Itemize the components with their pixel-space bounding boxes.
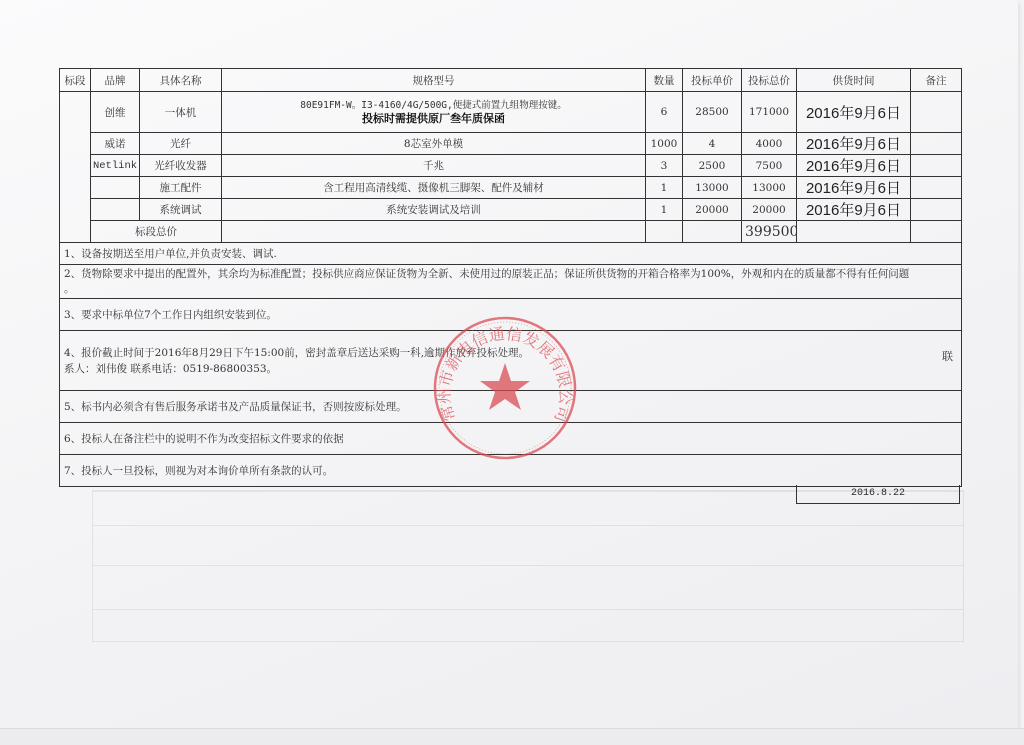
name-cell: 施工配件 <box>140 177 222 199</box>
note-row: 1、设备按期送至用户单位,并负责安装、调试. <box>60 243 962 265</box>
note-2: 2、货物除要求中提出的配置外，其余均为标准配置；投标供应商应保证货物为全新、未使… <box>60 265 962 299</box>
quantity-cell: 1000 <box>646 133 683 155</box>
name-cell: 光纤 <box>140 133 222 155</box>
table-header-row: 标段 品牌 具体名称 规格型号 数量 投标单价 投标总价 供货时间 备注 <box>60 69 962 92</box>
table-row: 威诺 光纤 8芯室外单模 1000 4 4000 2016年9月6日 <box>60 133 962 155</box>
brand-cell: 威诺 <box>91 133 140 155</box>
delivery-cell: 2016年9月6日 <box>797 199 911 221</box>
total-unit-empty <box>683 221 742 243</box>
table-row: 系统调试 系统安装调试及培训 1 20000 20000 2016年9月6日 <box>60 199 962 221</box>
unit-price-cell: 28500 <box>683 92 742 133</box>
total-row: 标段总价 399500 <box>60 221 962 243</box>
brand-cell <box>91 177 140 199</box>
spec-line-1: 80E91FM-W。I3-4160/4G/500G,便捷式前置九组物理按键。 <box>222 99 645 112</box>
total-remark-empty <box>911 221 962 243</box>
note-4-text: 4、报价截止时间于2016年8月29日下午15:00前，密封盖章后送达采购一科,… <box>64 345 961 361</box>
bid-table: 标段 品牌 具体名称 规格型号 数量 投标单价 投标总价 供货时间 备注 创维 … <box>59 68 962 487</box>
total-price-cell: 13000 <box>742 177 797 199</box>
header-quantity: 数量 <box>646 69 683 92</box>
note-2-continuation: 。 <box>64 282 961 297</box>
note-1: 1、设备按期送至用户单位,并负责安装、调试. <box>60 243 962 265</box>
note-3: 3、要求中标单位7个工作日内组织安装到位。 <box>60 299 962 331</box>
brand-cell: 创维 <box>91 92 140 133</box>
total-delivery-empty <box>797 221 911 243</box>
note-row: 6、投标人在备注栏中的说明不作为改变招标文件要求的依据 <box>60 423 962 455</box>
total-price-cell: 20000 <box>742 199 797 221</box>
header-unit-price: 投标单价 <box>683 69 742 92</box>
header-section: 标段 <box>60 69 91 92</box>
total-spec-empty <box>222 221 646 243</box>
header-delivery-time: 供货时间 <box>797 69 911 92</box>
section-cell <box>60 92 91 243</box>
total-value: 399500 <box>742 221 797 243</box>
total-label: 标段总价 <box>91 221 222 243</box>
note-4-contact: 系人：刘伟俊 联系电话：0519-86800353。 <box>64 361 961 377</box>
header-total-price: 投标总价 <box>742 69 797 92</box>
unit-price-cell: 4 <box>683 133 742 155</box>
name-cell: 系统调试 <box>140 199 222 221</box>
name-cell: 一体机 <box>140 92 222 133</box>
note-row: 5、标书内必须含有售后服务承诺书及产品质量保证书，否则按废标处理。 <box>60 391 962 423</box>
unit-price-cell: 20000 <box>683 199 742 221</box>
note-4: 4、报价截止时间于2016年8月29日下午15:00前，密封盖章后送达采购一科,… <box>60 331 962 391</box>
delivery-cell: 2016年9月6日 <box>797 133 911 155</box>
remark-cell <box>911 155 962 177</box>
header-remark: 备注 <box>911 69 962 92</box>
quantity-cell: 3 <box>646 155 683 177</box>
total-price-cell: 171000 <box>742 92 797 133</box>
note-row: 7、投标人一旦投标，则视为对本询价单所有条款的认可。 <box>60 455 962 487</box>
header-spec: 规格型号 <box>222 69 646 92</box>
spec-cell: 系统安装调试及培训 <box>222 199 646 221</box>
note-row: 4、报价截止时间于2016年8月29日下午15:00前，密封盖章后送达采购一科,… <box>60 331 962 391</box>
remark-cell <box>911 199 962 221</box>
remark-cell <box>911 92 962 133</box>
delivery-cell: 2016年9月6日 <box>797 177 911 199</box>
note-5: 5、标书内必须含有售后服务承诺书及产品质量保证书，否则按废标处理。 <box>60 391 962 423</box>
remark-cell <box>911 177 962 199</box>
remark-cell <box>911 133 962 155</box>
total-price-cell: 4000 <box>742 133 797 155</box>
brand-cell: Netlink <box>91 155 140 177</box>
note-7: 7、投标人一旦投标，则视为对本询价单所有条款的认可。 <box>60 455 962 487</box>
note-6: 6、投标人在备注栏中的说明不作为改变招标文件要求的依据 <box>60 423 962 455</box>
scanner-bed-strip <box>0 728 1024 745</box>
spec-cell: 8芯室外单模 <box>222 133 646 155</box>
unit-price-cell: 13000 <box>683 177 742 199</box>
spec-cell: 80E91FM-W。I3-4160/4G/500G,便捷式前置九组物理按键。 投… <box>222 92 646 133</box>
brand-cell <box>91 199 140 221</box>
unit-price-cell: 2500 <box>683 155 742 177</box>
quantity-cell: 1 <box>646 177 683 199</box>
name-cell: 光纤收发器 <box>140 155 222 177</box>
delivery-cell: 2016年9月6日 <box>797 155 911 177</box>
spec-line-2: 投标时需提供原厂叁年质保函 <box>222 112 645 126</box>
quantity-cell: 1 <box>646 199 683 221</box>
total-qty-empty <box>646 221 683 243</box>
contact-prefix: 联 <box>942 348 953 364</box>
header-item-name: 具体名称 <box>140 69 222 92</box>
table-row: Netlink 光纤收发器 千兆 3 2500 7500 2016年9月6日 <box>60 155 962 177</box>
note-2-text: 2、货物除要求中提出的配置外，其余均为标准配置；投标供应商应保证货物为全新、未使… <box>64 267 961 282</box>
spec-cell: 含工程用高清线缆、摄像机三脚架、配件及辅材 <box>222 177 646 199</box>
total-price-cell: 7500 <box>742 155 797 177</box>
note-row: 2、货物除要求中提出的配置外，其余均为标准配置；投标供应商应保证货物为全新、未使… <box>60 265 962 299</box>
note-row: 3、要求中标单位7个工作日内组织安装到位。 <box>60 299 962 331</box>
quantity-cell: 6 <box>646 92 683 133</box>
spec-cell: 千兆 <box>222 155 646 177</box>
footer-date: 2016.8.22 <box>796 485 960 504</box>
bleed-through-table <box>92 490 964 642</box>
delivery-cell: 2016年9月6日 <box>797 92 911 133</box>
table-row: 施工配件 含工程用高清线缆、摄像机三脚架、配件及辅材 1 13000 13000… <box>60 177 962 199</box>
table-row: 创维 一体机 80E91FM-W。I3-4160/4G/500G,便捷式前置九组… <box>60 92 962 133</box>
header-brand: 品牌 <box>91 69 140 92</box>
